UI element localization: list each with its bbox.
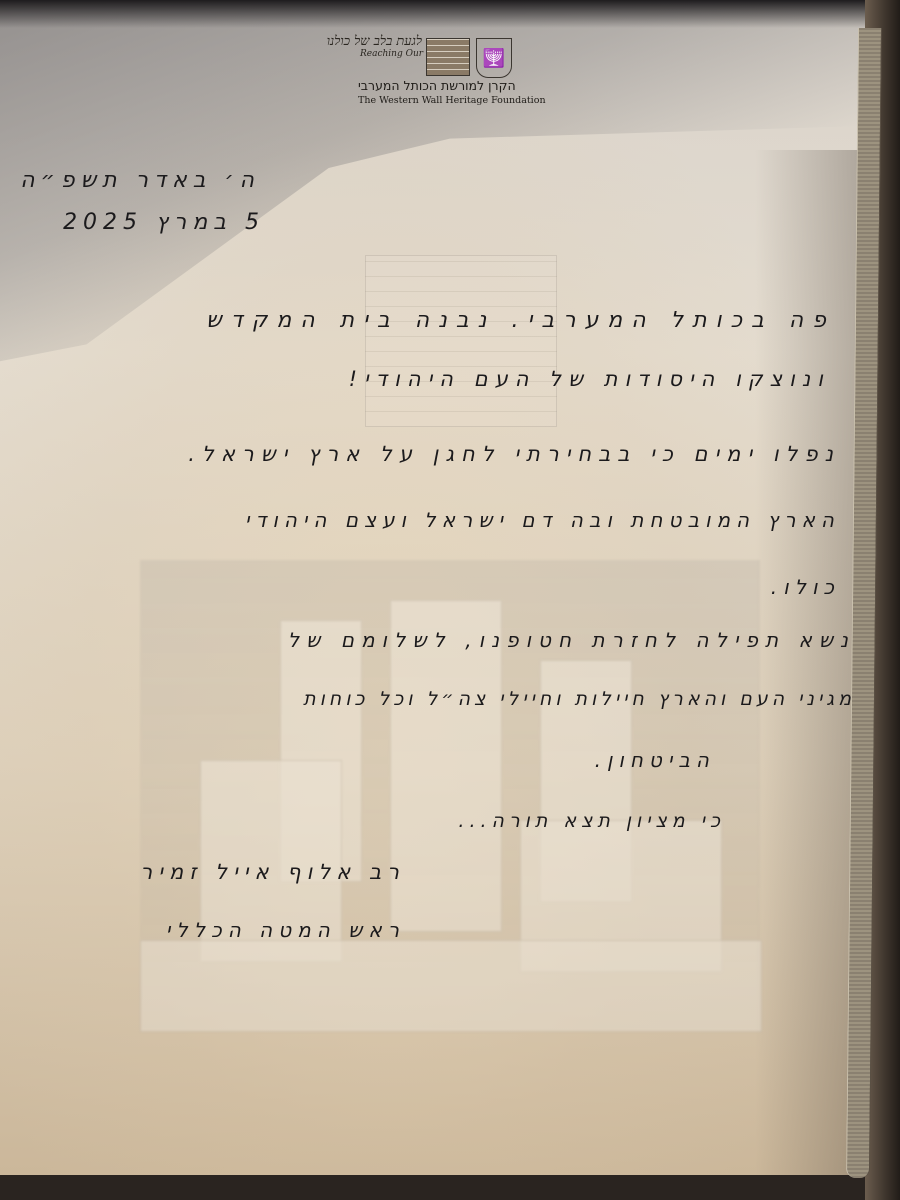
- letter-line: נפלו ימים כי בבחירתי לחגן על ארץ ישראל.: [150, 442, 840, 466]
- western-wall-icon: [426, 38, 470, 76]
- signature-title: ראש המטה הכללי: [125, 918, 405, 942]
- letter-line: פה בכותל המערבי. נבנה בית המקדש: [170, 308, 835, 333]
- foundation-name-english: The Western Wall Heritage Foundation: [358, 95, 546, 106]
- letter-line: כולו.: [660, 575, 840, 599]
- embossed-wall-watermark: [365, 255, 557, 427]
- letter-line: הארץ המובטחת ובה דם ישראל ועצם היהודי: [150, 508, 840, 532]
- foundation-logo: לגעת בלב של כולנו Reaching Our Essence 🕎…: [358, 36, 548, 112]
- letter-line: ונוצקו היסודות של העם היהודי!: [320, 367, 830, 391]
- foundation-name-hebrew: הקרן למורשת הכותל המערבי: [358, 78, 548, 93]
- guestbook-page: לגעת בלב של כולנו Reaching Our Essence 🕎…: [0, 0, 865, 1175]
- logo-tagline: לגעת בלב של כולנו Reaching Our Essence: [360, 36, 422, 60]
- hebrew-date: ה׳ באדר תשפ״ה: [40, 168, 260, 193]
- letter-line: מגיני העם והארץ חיילות וחיילי צה״ל וכל כ…: [115, 688, 855, 710]
- gregorian-date: 5 במרץ 2025: [40, 210, 265, 235]
- signature-name: רב אלוף אייל זמיר: [105, 860, 405, 884]
- letter-line: נשא תפילה לחזרת חטופנו, לשלומם של: [190, 628, 855, 652]
- menorah-emblem-icon: 🕎: [476, 38, 512, 78]
- letter-line: הביטחון.: [590, 748, 715, 772]
- background-top: [0, 0, 900, 28]
- letter-line: כי מציון תצא תורה...: [475, 810, 725, 832]
